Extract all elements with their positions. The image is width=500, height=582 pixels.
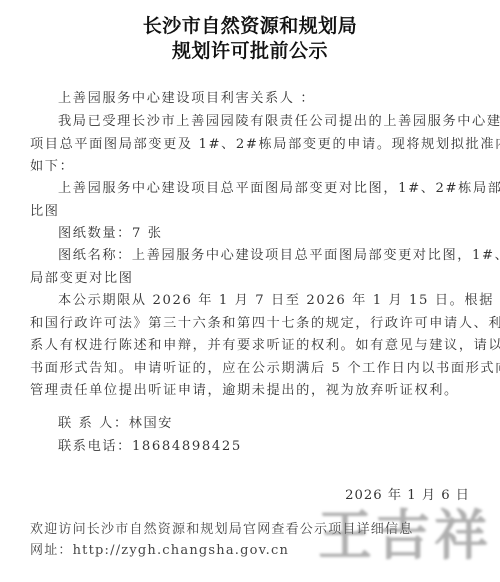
contact-person-label: 联 系 人： [58,416,129,431]
drawing-count-line: 图纸数量：7 张 [30,223,476,246]
drawing-count-label: 图纸数量： [58,226,132,241]
contact-phone-label: 联系电话： [58,439,132,454]
intro-paragraph: 我局已受理长沙市上善园园陵有限责任公司提出的上善园服务中心建设 项目总平面图局部… [30,111,476,179]
contact-person: 联 系 人：林国安 [30,413,476,436]
addressee: 上善园服务中心建设项目利害关系人 ： [30,88,476,111]
paragraph-line: 上善园服务中心建设项目总平面图局部变更对比图，1#、2#栋局部变更对 [30,178,476,201]
period-paragraph: 本公示期限从 2026 年 1 月 7 日至 2026 年 1 月 15 日。根… [30,290,476,403]
paragraph-line: 局部变更对比图 [30,268,476,291]
paragraph-line: 图纸名称：上善园服务中心建设项目总平面图局部变更对比图，1#、2#栋 [30,245,476,268]
page-subtitle: 规划许可批前公示 [0,40,500,62]
footer-url-line: 网址：http://zygh.changsha.gov.cn [30,540,413,561]
paragraph-line: 书面形式告知。申请听证的，应在公示期满后 5 个工作日内以书面形式向批后 [30,358,476,381]
notice-document: 长沙市自然资源和规划局 规划许可批前公示 上善园服务中心建设项目利害关系人 ： … [0,0,500,582]
notice-date: 2026 年 1 月 6 日 [345,484,470,503]
drawing-names: 图纸名称：上善园服务中心建设项目总平面图局部变更对比图，1#、2#栋 局部变更对… [30,245,476,290]
content-paragraph: 上善园服务中心建设项目总平面图局部变更对比图，1#、2#栋局部变更对 比图 [30,178,476,223]
page-title: 长沙市自然资源和规划局 [0,15,500,37]
footer-invite: 欢迎访问长沙市自然资源和规划局官网查看公示项目详细信息 [30,519,413,540]
drawing-count-value: 7 张 [132,226,163,241]
contact-phone: 联系电话：18684898425 [30,436,476,459]
footer-url-label: 网址： [30,543,73,558]
contact-person-name: 林国安 [129,416,173,431]
paragraph-line: 项目总平面图局部变更及 1#、2#栋局部变更的申请。现将规划拟批准内容公示 [30,134,476,157]
footer-url-link[interactable]: http://zygh.changsha.gov.cn [73,543,289,558]
paragraph-line: 本公示期限从 2026 年 1 月 7 日至 2026 年 1 月 15 日。根… [30,290,476,313]
paragraph-line: 管理责任单位提出听证申请，逾期未提出的，视为放弃听证权利。 [30,380,476,403]
contact-phone-value: 18684898425 [132,439,242,454]
paragraph-line: 我局已受理长沙市上善园园陵有限责任公司提出的上善园服务中心建设 [30,111,476,134]
drawing-count: 图纸数量：7 张 [30,223,476,246]
paragraph-line: 系人有权进行陈述和申辩，并有要求听证的权利。如有意见与建议，请以署名 [30,335,476,358]
contact-block: 联 系 人：林国安 联系电话：18684898425 [30,413,476,458]
paragraph-line: 比图 [30,201,476,224]
paragraph-line: 和国行政许可法》第三十六条和第四十七条的规定，行政许可申请人、利害关 [30,313,476,336]
paragraph-line: 如下： [30,156,476,179]
footer: 欢迎访问长沙市自然资源和规划局官网查看公示项目详细信息 网址：http://zy… [30,519,413,561]
addressee-line: 上善园服务中心建设项目利害关系人 ： [30,88,476,111]
